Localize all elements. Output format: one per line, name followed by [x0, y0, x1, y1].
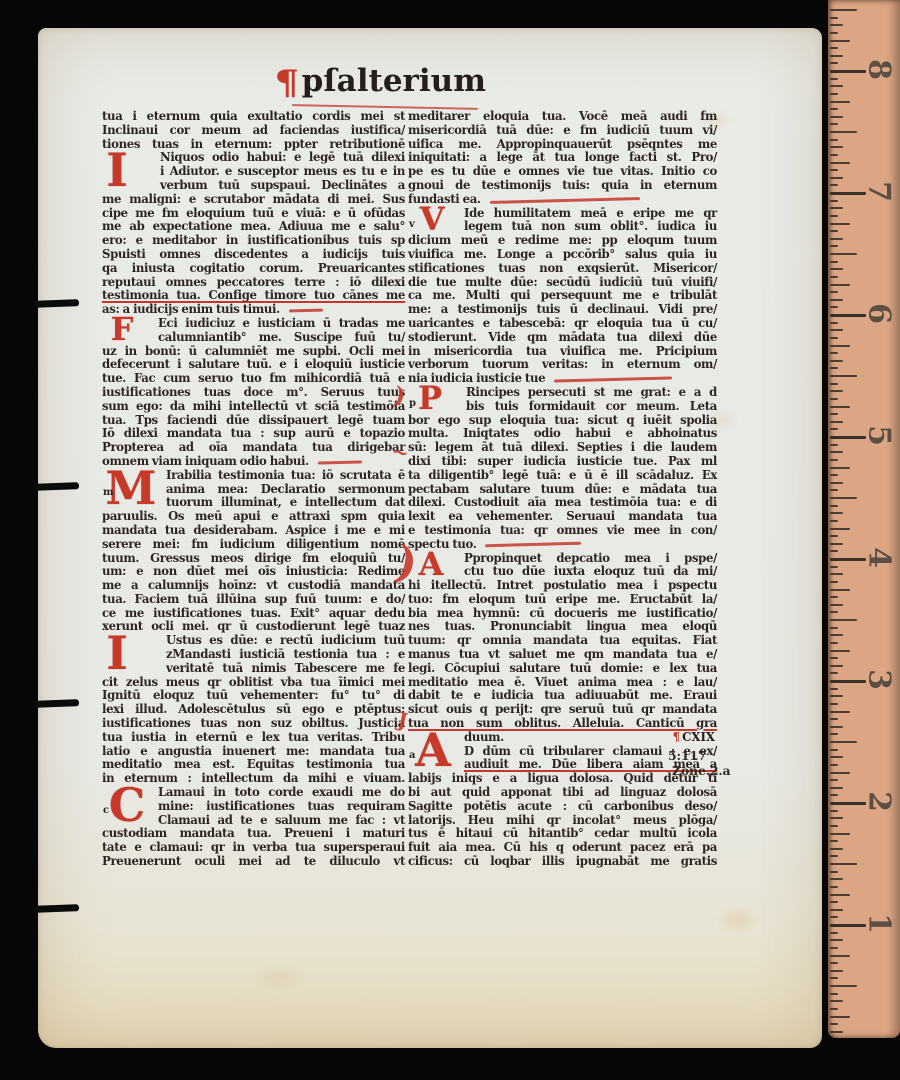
- ruler-tick: [830, 764, 838, 766]
- ruler-tick: [830, 619, 857, 621]
- ruler-tick: [830, 657, 838, 659]
- ruler-tick: [830, 360, 843, 362]
- text-line: meditarer eloquia tua. Vocē meā audi fm: [408, 110, 717, 124]
- ruler-tick: [830, 284, 850, 286]
- ruler-tick: [830, 886, 838, 888]
- ruler-tick: [830, 810, 838, 812]
- ruler-tick: [830, 223, 850, 225]
- ruler-tick: [830, 1016, 850, 1018]
- ruler-tick: [830, 245, 838, 247]
- ruler-number: 6: [862, 297, 897, 331]
- ruler-tick: [830, 520, 838, 522]
- ruler-tick: [830, 398, 838, 400]
- ruler-tick: [830, 528, 850, 530]
- ruler-tick: [830, 1031, 843, 1033]
- red-rule: [485, 542, 581, 547]
- ruler-tick: [830, 169, 838, 171]
- ruler-tick: [830, 93, 838, 95]
- text-line: uz in bonū: ū calumniēt me supbi. Ocli m…: [102, 345, 405, 359]
- text-line: ctu tuo dūe iuxta eloquz tuū da mi/: [408, 565, 717, 579]
- ruler-tick: [830, 375, 857, 377]
- text-line: tuo: fm eloqum tuū eripe me. Eructabūt l…: [408, 593, 717, 607]
- ruler-tick: [830, 703, 838, 705]
- text-line: me ab expectatione mea. Adiuua me e salu…: [102, 220, 405, 234]
- ruler-number: 3: [862, 663, 897, 697]
- ruler-tick: [830, 993, 838, 995]
- ruler-tick: [830, 1023, 838, 1025]
- text-line: pe es tu dūe e omnes vie tue vitas. Init…: [408, 165, 717, 179]
- ruler-tick: [830, 825, 838, 827]
- text-line: iniquitati: a lege āt tua longe facti st…: [408, 151, 717, 165]
- text-line: me a calumnijs hoīnz: vt custodiā mandat…: [102, 579, 405, 593]
- ruler-tick: [830, 47, 838, 49]
- text-line: ca me. Multi qui persequunt me e tribulā…: [408, 289, 717, 303]
- ruler-tick: [830, 695, 843, 697]
- psalm-number-text: CXIX: [682, 730, 715, 744]
- ruler-tick: [830, 962, 838, 964]
- ruler-tick: [830, 230, 838, 232]
- text-line: verborum tuorum veritas: in eternum om/: [408, 358, 717, 372]
- ruler-tick: [830, 154, 838, 156]
- ruler-tick: [830, 634, 843, 636]
- red-rule: [318, 460, 362, 464]
- stitch-mark: [33, 299, 79, 308]
- margin-annotation: Zone.2.a: [672, 763, 730, 778]
- text-line: Iō dilexi mandata tua : sup aurū e topaz…: [102, 427, 405, 441]
- ruler-tick: [830, 977, 838, 979]
- text-line: ta diligentib° legē tuā: e ū ē ill scāda…: [408, 469, 717, 483]
- ruler-number: 4: [862, 541, 897, 575]
- text-line: lexi illud. Adolescētulus sū ego e ptēpt…: [102, 703, 405, 717]
- text-line: dabit te e iudicia tua adiuuabūt me. Era…: [408, 689, 717, 703]
- manuscript-leaf: ¶ pſalterium tua i eternum quia exultati…: [38, 28, 822, 1048]
- ruler-tick: [830, 40, 850, 42]
- rubric-initial: V: [408, 204, 456, 236]
- ruler-tick: [830, 939, 843, 941]
- text-line: fuit aia mea. Cū his q oderunt pacez erā…: [408, 841, 717, 855]
- photo-stage: ¶ pſalterium tua i eternum quia exultati…: [0, 0, 900, 1080]
- text-line: mandata tua desiderabam. Aspice i me e m…: [102, 524, 405, 538]
- text-line: um: e non dūet mei oīs iniusticia: Redim…: [102, 565, 405, 579]
- ruler-tick: [830, 550, 838, 552]
- ruler-tick: [830, 863, 857, 865]
- red-rule: [289, 308, 323, 311]
- text-line: serere mei: fm iudicium diligentium nomē: [102, 538, 405, 552]
- text-line: Ignitū eloquz tuū vehementer: fu° tu° di: [102, 689, 405, 703]
- text-line: Propterea ad oīa mandata tua dirigebar: [102, 441, 405, 455]
- text-line: xerunt ocli mei. qr ū custodierunt legē …: [102, 620, 405, 634]
- ruler-tick: [830, 581, 838, 583]
- ruler-tick: [830, 238, 843, 240]
- ruler-tick: [830, 116, 843, 118]
- ruler-tick: [830, 794, 838, 796]
- text-line: manus tua vt saluet me qm mandata tua e/: [408, 648, 717, 662]
- ruler-tick: [830, 55, 843, 57]
- ruler-tick: [830, 268, 843, 270]
- text-line: ce me iustificationes tuas. Exit° aquar …: [102, 607, 405, 621]
- ruler-tick: [830, 688, 838, 690]
- text-line: in misericordia tua viuifica me. Pricipi…: [408, 345, 717, 359]
- text-line: tuum. Gressus meos dirige fm eloquiū tu/: [102, 552, 405, 566]
- text-line: cipe me fm eloquium tuū e viuā: e ū ofūd…: [102, 207, 405, 221]
- text-line: iustificationes tuas non suz obiltus. Ju…: [102, 717, 405, 731]
- text-line: hi itellectū. Intret postulatio mea i ps…: [408, 579, 717, 593]
- text-line: lexit ea vehementer. Seruaui mandata tua: [408, 510, 717, 524]
- text-line: testimonia tua. Confige timore tuo cānes…: [102, 289, 405, 303]
- ruler-tick: [830, 337, 838, 339]
- text-line: sum ego: da mihi intellectū vt sciā test…: [102, 400, 405, 414]
- ruler-tick: [830, 650, 850, 652]
- ruler-tick: [830, 32, 838, 34]
- text-line: nes tuas. Pronunciabit lingua mea eloqū: [408, 620, 717, 634]
- ruler-tick: [830, 139, 838, 141]
- ruler-tick: [830, 1008, 838, 1010]
- ruler-tick: [830, 306, 838, 308]
- text-line: sicut ouis q perijt: qre seruū tuū qr ma…: [408, 703, 717, 717]
- text-line: labijs iniqs e a ligua dolosa. Quid detu…: [408, 772, 717, 786]
- ruler-tick: [830, 489, 838, 491]
- ruler-tick: [830, 672, 838, 674]
- text-line: veritatē tuā nimis Tabescere me fe: [102, 662, 405, 676]
- red-rule: [554, 376, 672, 382]
- ruler-tick: [830, 855, 838, 857]
- text-line: Sagitte potētis acute : cū carbonibus de…: [408, 800, 717, 814]
- text-line: tiones tuas in eternum: ppter retributio…: [102, 138, 405, 152]
- text-line: sū: legem āt tuā dilexi. Septies i die l…: [408, 441, 717, 455]
- ruler-tick: [830, 101, 850, 103]
- ruler-tick: [830, 474, 838, 476]
- ruler-tick: [830, 878, 843, 880]
- ruler-tick: [830, 390, 843, 392]
- ruler-tick: [830, 123, 838, 125]
- ruler-tick: [830, 840, 838, 842]
- text-line: tua i eternum quia exultatio cordis mei …: [102, 110, 405, 124]
- ruler-tick: [830, 482, 843, 484]
- ruler-tick: [830, 215, 838, 217]
- text-line: Rincipes persecuti st me grat: e a d: [408, 386, 717, 400]
- ruler-tick: [830, 276, 838, 278]
- ruler-tick: [830, 451, 843, 453]
- ruler-tick: [830, 24, 843, 26]
- rubric-initial: F: [102, 314, 142, 346]
- ruler-tick: [830, 749, 838, 751]
- ruler-tick: [830, 543, 843, 545]
- text-line: Ppropinquet depcatio mea i pspe/: [408, 552, 717, 566]
- ruler-tick: [830, 970, 843, 972]
- ruler-tick: [830, 383, 838, 385]
- ruler-tick: [830, 726, 843, 728]
- ruler-tick: [830, 611, 838, 613]
- ruler-number: 5: [862, 419, 897, 453]
- ruler-tick: [830, 406, 850, 408]
- ruler-tick: [830, 78, 838, 80]
- text-line: legi. Cōcupiui salutare tuū domie: e lex…: [408, 662, 717, 676]
- text-line: qa iniusta cogitatio corum. Preuaricante…: [102, 262, 405, 276]
- ruler-tick: [830, 345, 850, 347]
- ruler-tick: [830, 642, 838, 644]
- stitch-mark: [33, 699, 79, 708]
- ruler-tick: [830, 367, 838, 369]
- text-line: tuum: qr omnia mandata tua equitas. Fiat: [408, 634, 717, 648]
- ruler-tick: [830, 505, 838, 507]
- guide-letter: m: [103, 487, 114, 498]
- pilcrow-icon: ¶: [274, 66, 299, 100]
- text-line: uaricantes e tabescebā: qr eloquia tua ū…: [408, 317, 717, 331]
- ruler-tick: [830, 787, 843, 789]
- psalm-number: ¶CXIX: [673, 731, 715, 745]
- text-line: uifica me. Appropinquauerūt psēqntes me: [408, 138, 717, 152]
- guide-letter: v: [409, 219, 415, 230]
- text-line: tua. Faciem tuā illūina sup fuū tuum: e …: [102, 593, 405, 607]
- guide-letter: c: [103, 805, 109, 816]
- text-line: i Adiutor. e susceptor meus es tu e in: [102, 165, 405, 179]
- text-line: tua iustia in eternū e lex tua veritas. …: [102, 731, 405, 745]
- ruler-tick: [830, 955, 850, 957]
- text-line: tua. Tps faciendi dūe dissipauert legē t…: [102, 414, 405, 428]
- text-line: Inclinaui cor meum ad faciendas iustific…: [102, 124, 405, 138]
- ruler-number: 8: [862, 53, 897, 87]
- text-line: Ustus es dūe: e rectū iudicium tuū: [102, 634, 405, 648]
- guide-letter: p: [409, 398, 416, 409]
- ruler-tick: [830, 85, 843, 87]
- text-line: e testimonia tua: qr omnes vie mee in co…: [408, 524, 717, 538]
- pilcrow-icon: ¶: [673, 730, 680, 744]
- ruler-number: 1: [862, 907, 897, 941]
- ruler-tick: [830, 421, 843, 423]
- stitch-mark: [33, 482, 79, 491]
- ruler-tick: [830, 871, 838, 873]
- text-line: Preuenerunt oculi mei ad te diluculo vt: [102, 855, 405, 869]
- ruler-tick: [830, 413, 838, 415]
- text-line: bis tuis formidauit cor meum. Leta: [408, 400, 717, 414]
- text-line: stodierunt. Vide qm mādata tua dilexi dū…: [408, 331, 717, 345]
- ruler-tick: [830, 985, 857, 987]
- text-line: viuifica me. Longe a pccōrib° salus quia…: [408, 248, 717, 262]
- text-line: custodiam mandata tua. Preueni i maturi: [102, 827, 405, 841]
- text-line: me maligni: e scrutabor mādata di mei. S…: [102, 193, 405, 207]
- ruler-tick: [830, 573, 843, 575]
- ruler-tick: [830, 894, 850, 896]
- ruler-tick: [830, 459, 838, 461]
- header: ¶ pſalterium: [276, 66, 486, 100]
- ruler-tick: [830, 756, 843, 758]
- ruler-tick: [830, 428, 838, 430]
- ruler-tick: [830, 741, 857, 743]
- ruler-tick: [830, 733, 838, 735]
- stitch-mark: [33, 904, 79, 913]
- ruler-tick: [830, 1000, 843, 1002]
- ruler-number: 7: [862, 175, 897, 209]
- ruler-tick: [830, 772, 850, 774]
- text-line: bia mea hymnū: cū docueris me iustificat…: [408, 607, 717, 621]
- ruler-tick: [830, 9, 857, 11]
- ruler-tick: [830, 162, 850, 164]
- ruler-tick: [830, 108, 838, 110]
- ruler-tick: [830, 627, 838, 629]
- text-line: nia iudicia iusticie tue: [408, 372, 717, 386]
- ruler-tick: [830, 909, 843, 911]
- text-line: bor ego sup eloquia tua: sicut q iuēit s…: [408, 414, 717, 428]
- ruler-tick: [830, 207, 843, 209]
- ruler-tick: [830, 200, 838, 202]
- text-line: calumniantib° me. Suscipe fuū tu/: [102, 331, 405, 345]
- text-line: Eci iudiciuz e iusticiam ū tradas me: [102, 317, 405, 331]
- ruler-tick: [830, 146, 843, 148]
- ruler-tick: [830, 833, 850, 835]
- rubric-initial: A: [408, 728, 458, 773]
- text-line: pectabam salutare tuum dūe: e mādata tua: [408, 483, 717, 497]
- text-line: spectu tuo.: [408, 538, 717, 552]
- page-title: pſalterium: [302, 66, 486, 97]
- text-line: misericordiā tuā dūe: e fm iudiciū tuum …: [408, 124, 717, 138]
- ruler-tick: [830, 512, 843, 514]
- text-line: Spuisti omnes discedentes a iudicijs tui…: [102, 248, 405, 262]
- ruler-tick: [830, 131, 857, 133]
- red-rule: [490, 197, 640, 203]
- ruler-tick: [830, 261, 838, 263]
- text-line: verbum tuū supspaui. Declinātes a: [102, 179, 405, 193]
- ruler-tick: [830, 535, 838, 537]
- ruler-tick: [830, 932, 838, 934]
- ruler-tick: [830, 291, 838, 293]
- ruler-tick: [830, 497, 857, 499]
- ruler-tick: [830, 589, 850, 591]
- text-line: latorijs. Heu mihi qr incolat° meus plōg…: [408, 814, 717, 828]
- text-line: zMandasti iusticiā testionia tua : e: [102, 648, 405, 662]
- ruler-tick: [830, 444, 838, 446]
- ruler-tick: [830, 817, 843, 819]
- text-line: reputaui omnes peccatores terre : iō dil…: [102, 276, 405, 290]
- text-line: stificationes tuas non exqsierūt. Miseri…: [408, 262, 717, 276]
- ruler-tick: [830, 17, 838, 19]
- text-line: latio e angustia inuenert me: mandata tu…: [102, 745, 405, 759]
- ruler-number: 2: [862, 785, 897, 819]
- text-line: cificus: cū loqbar illis ipugnabāt me gr…: [408, 855, 717, 869]
- margin-annotation: 5:117: [668, 748, 706, 763]
- ruler-tick: [830, 322, 838, 324]
- ruler-tick: [830, 596, 838, 598]
- ruler-tick: [830, 916, 838, 918]
- ruler-tick: [830, 665, 843, 667]
- ruler: 12345678: [828, 0, 900, 1038]
- text-line: dicium meū e redime me: pp eloqum tuum: [408, 234, 717, 248]
- text-line: meditatio mea est. Equitas testimonia tu…: [102, 758, 405, 772]
- text-line: dixi tibi: super iudicia iusticie tue. P…: [408, 455, 717, 469]
- rubric-initial: I: [102, 631, 132, 676]
- ruler-tick: [830, 352, 838, 354]
- rubric-initial: I: [102, 148, 132, 193]
- ruler-tick: [830, 718, 838, 720]
- ruler-tick: [830, 467, 850, 469]
- ruler-tick: [830, 947, 838, 949]
- text-line: tate e clamaui: qr in verba tua superspe…: [102, 841, 405, 855]
- ruler-tick: [830, 848, 843, 850]
- ruler-tick: [830, 901, 838, 903]
- ruler-tick: [830, 253, 857, 255]
- text-line: meditatio mea ē. Viuet anima mea : e lau…: [408, 676, 717, 690]
- text-line: ero: e meditabor in iustificationibus tu…: [102, 234, 405, 248]
- ruler-tick: [830, 177, 843, 179]
- text-line: gnoui de testimonijs tuis: quia in etern…: [408, 179, 717, 193]
- rubric-initial: C: [102, 783, 152, 828]
- ruler-tick: [830, 604, 843, 606]
- ruler-tick: [830, 779, 838, 781]
- ruler-tick: [830, 711, 850, 713]
- text-line: die tue multe dūe: secūdū iudiciū tuū vi…: [408, 276, 717, 290]
- text-column-left: tua i eternum quia exultatio cordis mei …: [102, 110, 405, 869]
- guide-letter: a: [409, 750, 415, 761]
- ruler-tick: [830, 329, 843, 331]
- text-line: iustificationes tuas doce m°. Seruus tuu…: [102, 386, 405, 400]
- text-line: multa. Iniqtates odio habui e abhoinatus: [408, 427, 717, 441]
- text-line: Niquos odio habui: e legē tuā dilexi: [102, 151, 405, 165]
- ruler-tick: [830, 184, 838, 186]
- text-line: as: a iudicijs enim tuis timui.: [102, 303, 405, 317]
- ruler-tick: [830, 62, 838, 64]
- text-line: cit zelus meus qr oblitist vba tua īimic…: [102, 676, 405, 690]
- text-line: me: a testimonijs tuis ū declinaui. Vidi…: [408, 303, 717, 317]
- ruler-tick: [830, 566, 838, 568]
- text-line: dilexi. Custodiuit aīa mea testimōia tua…: [408, 496, 717, 510]
- text-line: defecerunt i salutare tuū. e i eloquiū i…: [102, 358, 405, 372]
- text-line: bi aut quid apponat tibi ad linguaz dolo…: [408, 786, 717, 800]
- ruler-tick: [830, 299, 843, 301]
- text-line: tue. Fac cum seruo tuo fm mihicordiā tuā…: [102, 372, 405, 386]
- text-line: tus ē hitaui cū hitantib° cedar multū ic…: [408, 827, 717, 841]
